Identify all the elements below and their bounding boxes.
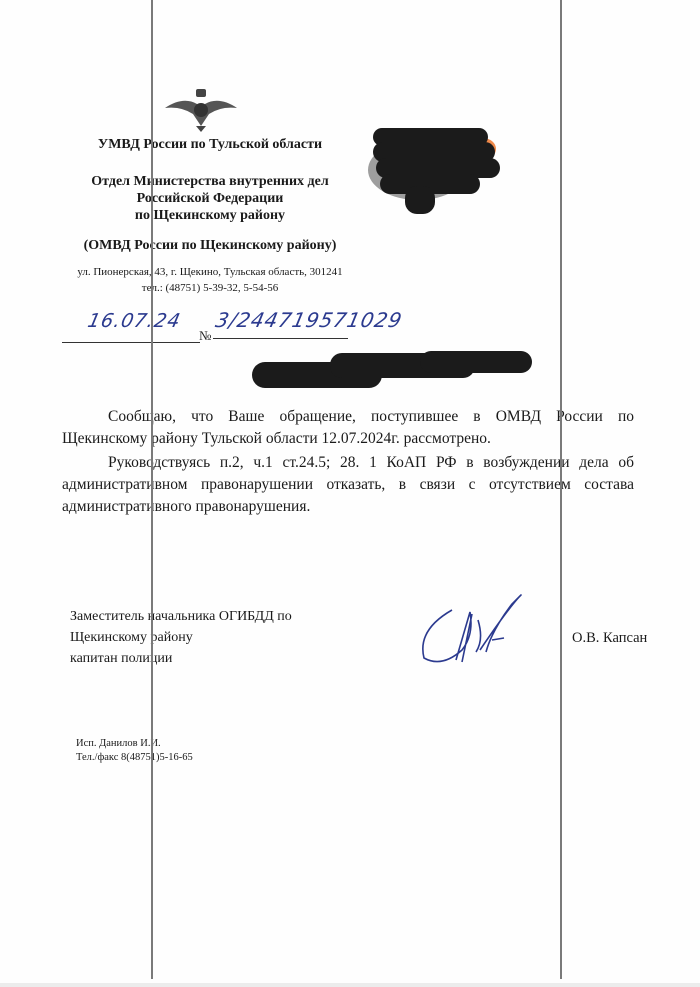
body-paragraph-1-line-1: Сообщаю, что Ваше обращение, поступившее… (62, 406, 634, 428)
body-paragraph-2-line-2: административном правонарушении отказать… (62, 474, 634, 496)
department-address: ул. Пионерская, 43, г. Щекино, Тульская … (60, 266, 360, 278)
signatory-position-line-2: Щекинскому району (70, 627, 292, 648)
registration-date-underline (62, 342, 200, 343)
page-bottom-edge (0, 983, 700, 987)
department-short-name: (ОМВД России по Щекинскому району) (60, 238, 360, 254)
registration-number: 3/244719571029 (213, 308, 404, 332)
department-line-2: Российской Федерации (60, 191, 360, 207)
executor-info: Исп. Данилов И.И. Тел./факс 8(48751)5-16… (76, 737, 193, 765)
department-line-1: Отдел Министерства внутренних дел (60, 174, 360, 190)
body-paragraph-2: Руководствуясь п.2, ч.1 ст.24.5; 28. 1 К… (62, 452, 634, 518)
executor-phone: Тел./факс 8(48751)5-16-65 (76, 751, 193, 765)
body-paragraph-2-line-3: административного правонарушения. (62, 496, 634, 518)
registration-number-label: № (199, 328, 211, 344)
executor-name: Исп. Данилов И.И. (76, 737, 193, 751)
body-paragraph-1-line-2: Щекинскому району Тульской области 12.07… (62, 428, 634, 450)
ministry-name: УМВД России по Тульской области (60, 137, 360, 153)
department-phone: тел.: (48751) 5-39-32, 5-54-56 (60, 282, 360, 294)
handwritten-signature-icon (412, 590, 527, 670)
signatory-position-line-3: капитан полиции (70, 648, 292, 669)
eagle-emblem-icon (163, 86, 239, 132)
scan-line-left (151, 0, 153, 979)
signatory-position: Заместитель начальника ОГИБДД по Щекинск… (70, 606, 292, 669)
signatory-name: О.В. Капсан (572, 628, 647, 649)
signatory-position-line-1: Заместитель начальника ОГИБДД по (70, 606, 292, 627)
body-paragraph-1: Сообщаю, что Ваше обращение, поступившее… (62, 406, 634, 450)
scan-line-right (560, 0, 562, 979)
registration-number-underline (213, 338, 348, 339)
body-paragraph-2-line-1: Руководствуясь п.2, ч.1 ст.24.5; 28. 1 К… (62, 452, 634, 474)
department-line-3: по Щекинскому району (60, 208, 360, 224)
registration-date: 16.07.24 (86, 310, 183, 332)
